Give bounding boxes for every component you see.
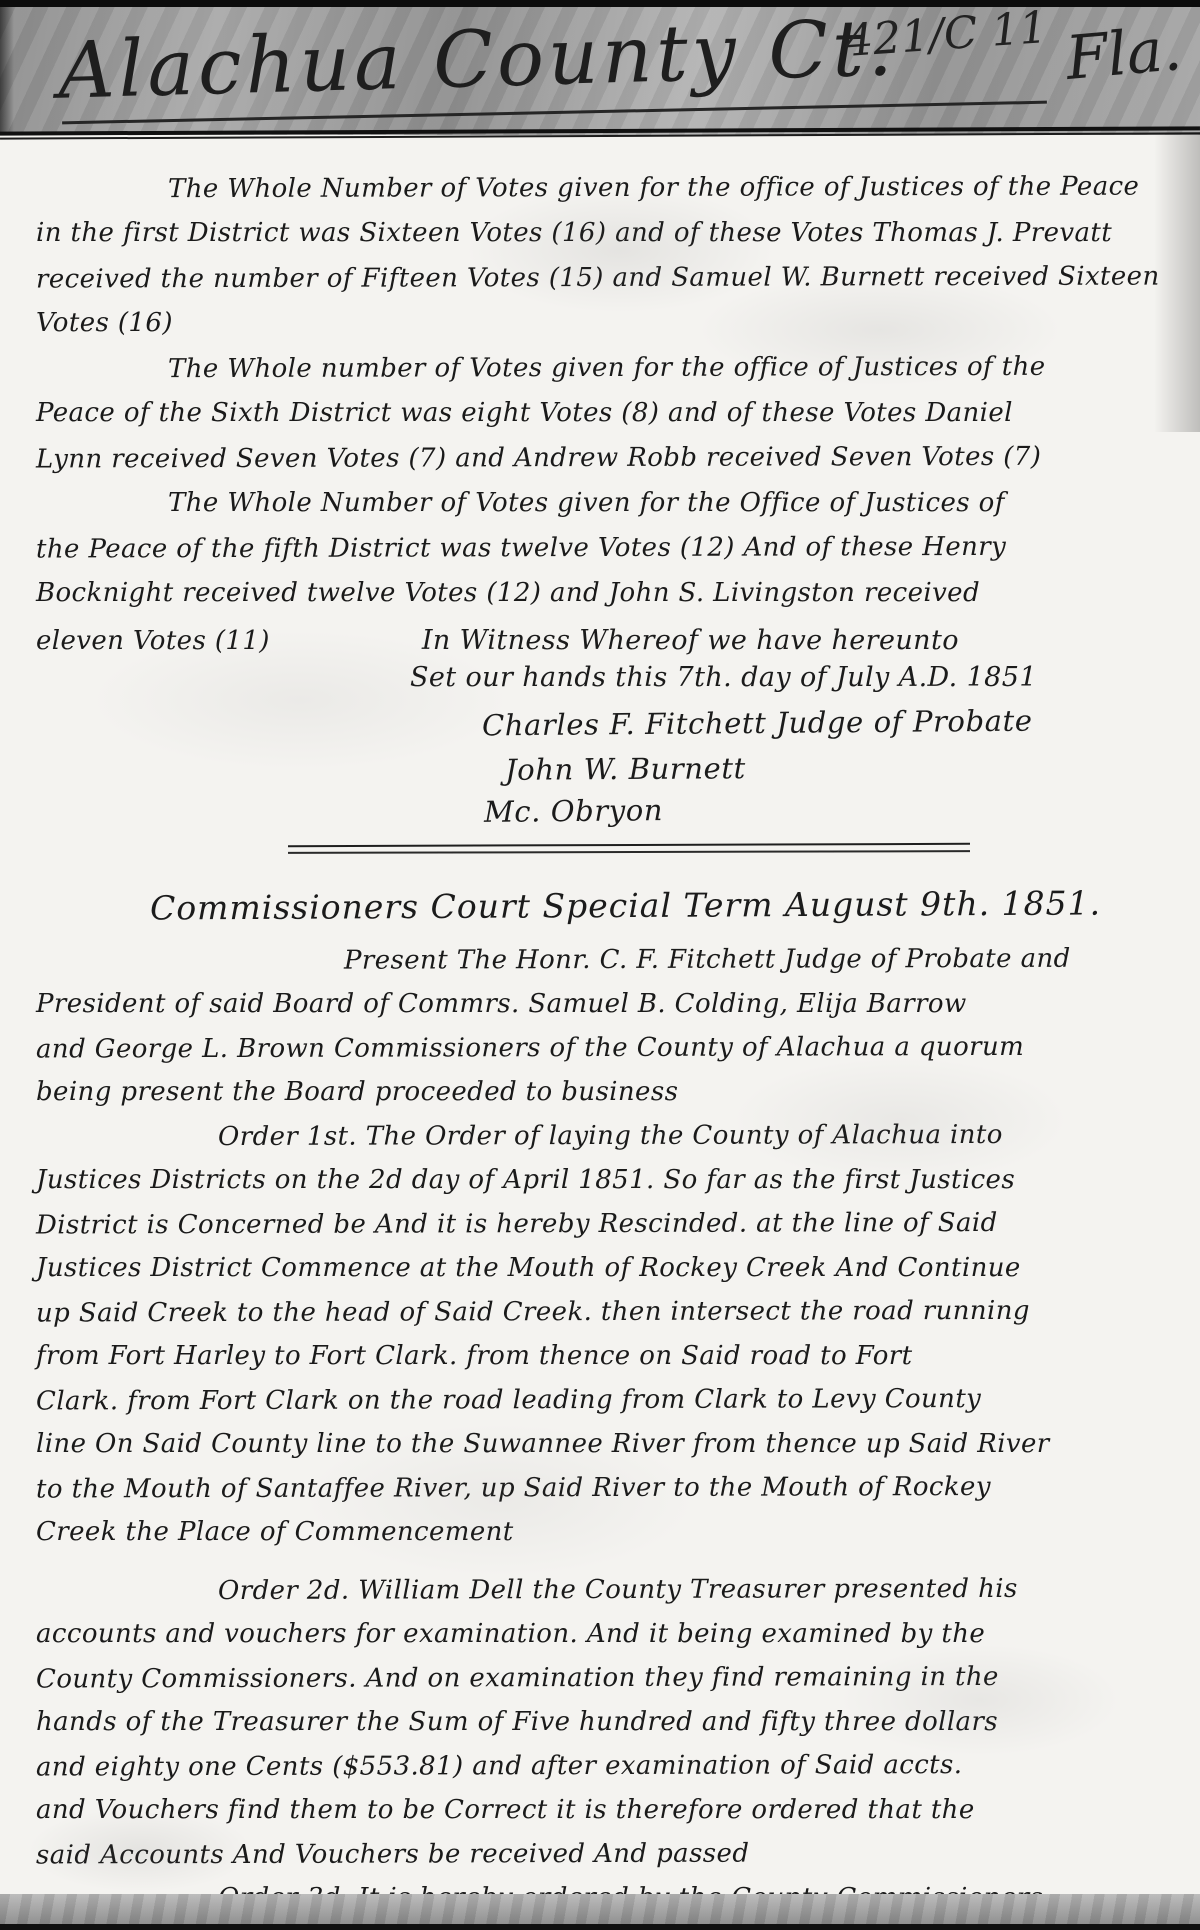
manuscript-line: accounts and vouchers for examination. A… xyxy=(36,1612,1160,1656)
manuscript-line: and George L. Brown Commissioners of the… xyxy=(36,1025,1160,1072)
witness-clause: In Witness Whereof we have hereunto xyxy=(422,618,959,663)
manuscript-line: Justices Districts on the 2d day of Apri… xyxy=(36,1158,1160,1202)
manuscript-line: to the Mouth of Santaffee River, up Said… xyxy=(36,1465,1160,1512)
manuscript-line: said Accounts And Vouchers be received A… xyxy=(36,1831,1160,1878)
manuscript-line: The Whole number of Votes given for the … xyxy=(36,345,1160,393)
court-session-heading: Commissioners Court Special Term August … xyxy=(150,884,1101,928)
election-returns-paragraphs: The Whole Number of Votes given for the … xyxy=(36,166,1160,616)
page-edge-shading xyxy=(1154,132,1200,432)
scan-bottom-band xyxy=(0,1894,1200,1930)
manuscript-line: Order 1st. The Order of laying the Count… xyxy=(36,1113,1160,1160)
manuscript-line: District is Concerned be And it is hereb… xyxy=(36,1201,1160,1248)
scanned-manuscript-page: Alachua County Ct. 421/C 11 Fla. The Who… xyxy=(0,0,1200,1930)
manuscript-line: Creek the Place of Commencement xyxy=(36,1510,1160,1554)
manuscript-line: Clark. from Fort Clark on the road leadi… xyxy=(36,1377,1160,1424)
state-abbreviation: Fla. xyxy=(1063,14,1184,94)
manuscript-line: and eighty one Cents ($553.81) and after… xyxy=(36,1743,1160,1790)
vote-count-closing: eleven Votes (11) xyxy=(36,619,270,664)
manuscript-line: President of said Board of Commrs. Samue… xyxy=(36,982,1160,1026)
manuscript-line: Votes (16) xyxy=(36,301,1160,346)
manuscript-line: Justices District Commence at the Mouth … xyxy=(36,1246,1160,1290)
witness-date-line: Set our hands this 7th. day of July A.D.… xyxy=(410,662,1037,693)
manuscript-line: Order 2d. William Dell the County Treasu… xyxy=(36,1567,1160,1614)
manuscript-line: the Peace of the fifth District was twel… xyxy=(36,525,1160,573)
manuscript-line: from Fort Harley to Fort Clark. from the… xyxy=(36,1334,1160,1378)
manuscript-line: The Whole Number of Votes given for the … xyxy=(36,165,1160,213)
signature-line: Mc. Obryon xyxy=(484,793,663,829)
header-band: Alachua County Ct. 421/C 11 Fla. xyxy=(0,0,1200,135)
manuscript-line: The Whole Number of Votes given for the … xyxy=(36,481,1160,526)
manuscript-line: Lynn received Seven Votes (7) and Andrew… xyxy=(36,435,1160,483)
manuscript-line: Bocknight received twelve Votes (12) and… xyxy=(36,571,1160,616)
signature-line: John W. Burnett xyxy=(505,751,746,787)
page-title: Alachua County Ct. xyxy=(57,3,898,116)
manuscript-line: line On Said County line to the Suwannee… xyxy=(36,1422,1160,1466)
manuscript-line: Present The Honr. C. F. Fitchett Judge o… xyxy=(36,937,1160,984)
manuscript-line: in the first District was Sixteen Votes … xyxy=(36,211,1160,256)
closing-and-witness-row: eleven Votes (11) In Witness Whereof we … xyxy=(36,618,1160,664)
manuscript-line: received the number of Fifteen Votes (15… xyxy=(36,255,1160,303)
section-divider xyxy=(288,844,970,853)
commissioners-court-minutes: Present The Honr. C. F. Fitchett Judge o… xyxy=(36,938,1160,1920)
signature-line: Charles F. Fitchett Judge of Probate xyxy=(482,704,1033,743)
manuscript-line: being present the Board proceeded to bus… xyxy=(36,1070,1160,1114)
manuscript-line: County Commissioners. And on examination… xyxy=(36,1655,1160,1702)
manuscript-line: up Said Creek to the head of Said Creek.… xyxy=(36,1289,1160,1336)
manuscript-line: hands of the Treasurer the Sum of Five h… xyxy=(36,1700,1160,1744)
manuscript-line: and Vouchers find them to be Correct it … xyxy=(36,1788,1160,1832)
manuscript-line: Peace of the Sixth District was eight Vo… xyxy=(36,391,1160,436)
